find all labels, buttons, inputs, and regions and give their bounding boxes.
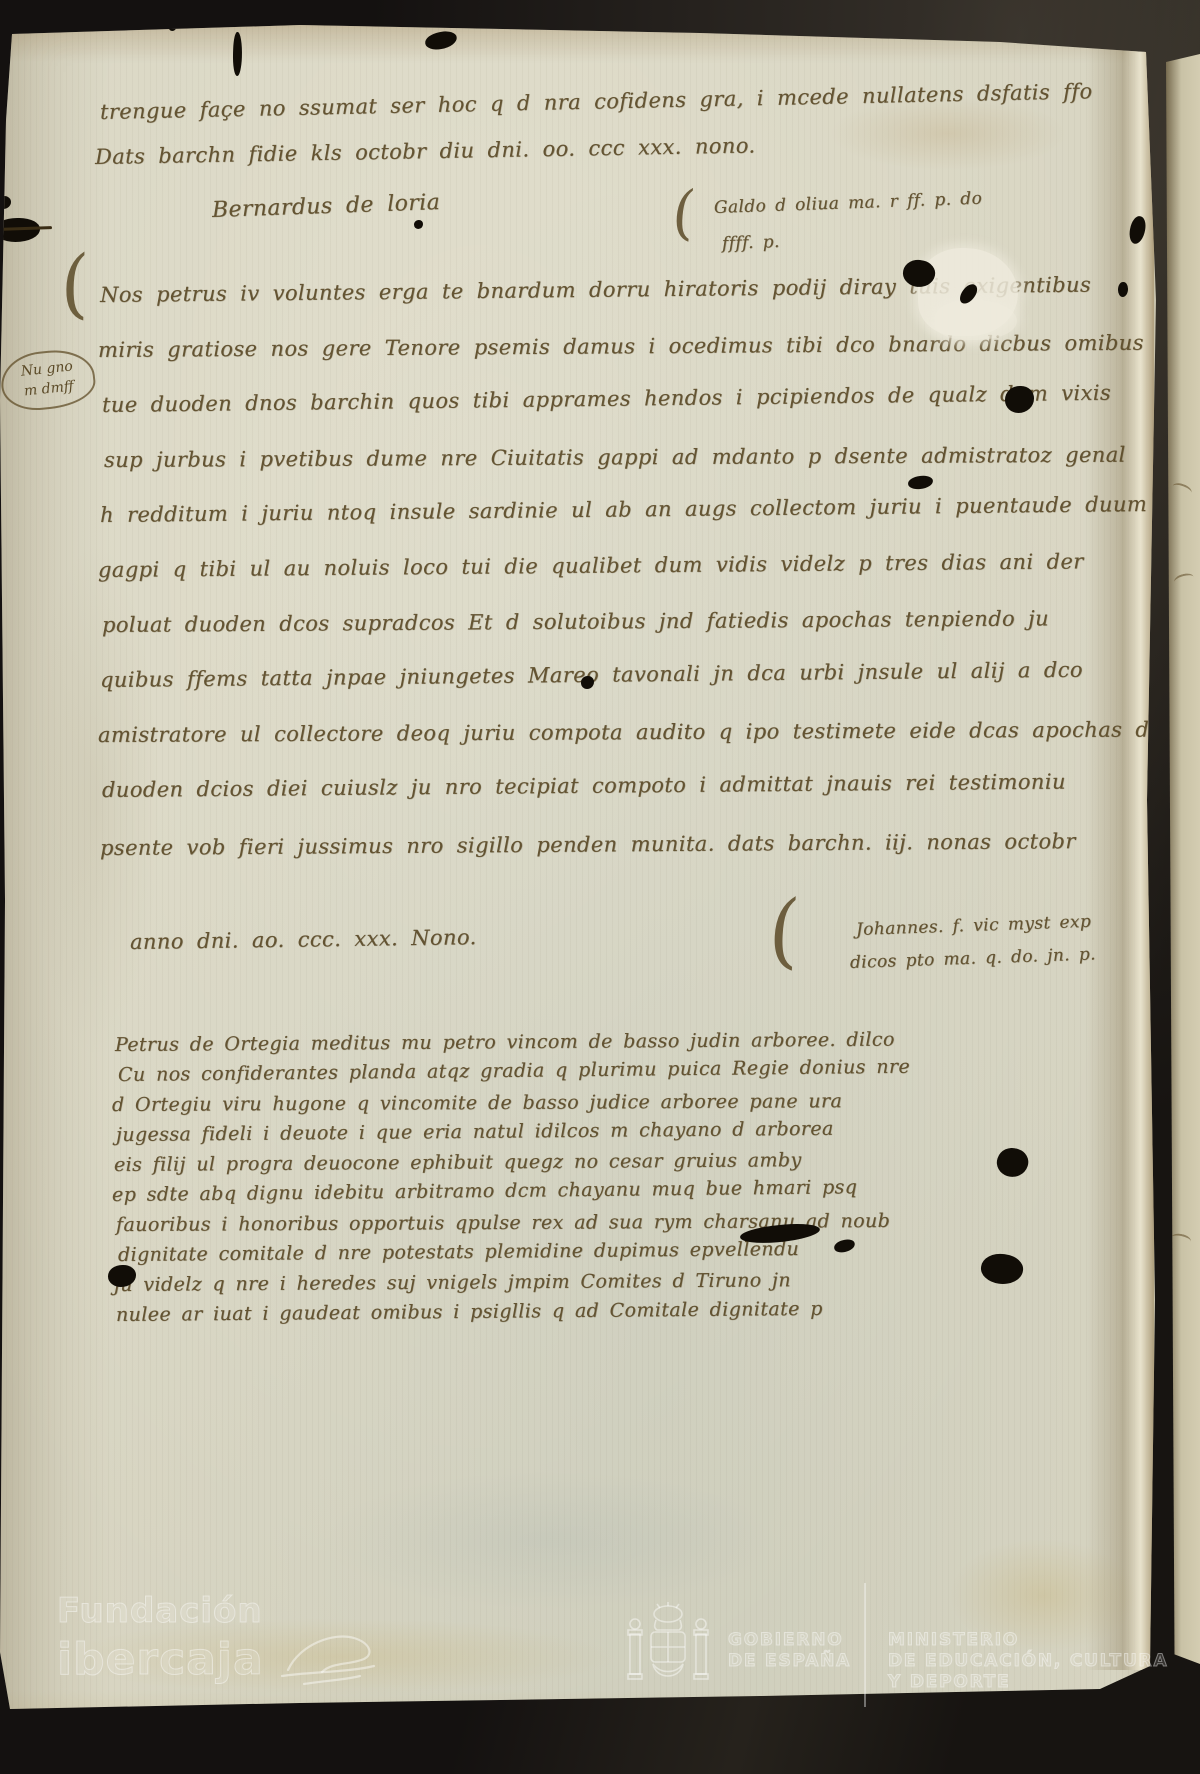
manuscript-line: sup jurbus i pvetibus dume nre Ciuitatis… bbox=[104, 445, 1126, 471]
gobierno-line2: DE ESPAÑA bbox=[728, 1651, 851, 1672]
chancery-note-line: ffff. p. bbox=[722, 234, 780, 253]
bleedthrough-mark bbox=[1173, 572, 1195, 588]
manuscript-line: ju videlz q nre i heredes suj vnigels jm… bbox=[114, 1271, 791, 1295]
manuscript-line: d Ortegiu viru hugone q vincomite de bas… bbox=[112, 1092, 842, 1115]
watermark-divider bbox=[864, 1583, 866, 1707]
bleedthrough-mark bbox=[1171, 481, 1194, 498]
gobierno-watermark: GOBIERNO DE ESPAÑA bbox=[728, 1630, 851, 1672]
ibercaja-watermark-line2: ibercaja bbox=[57, 1638, 264, 1682]
bracket-glyph: ( bbox=[670, 189, 697, 238]
spain-coat-of-arms-icon bbox=[624, 1600, 712, 1694]
ministerio-watermark: MINISTERIO DE EDUCACIÓN, CULTURA Y DEPOR… bbox=[888, 1630, 1168, 1693]
manuscript-photo: trengue façe no ssumat ser hoc q d nra c… bbox=[0, 0, 1200, 1774]
manuscript-line: amistratore ul collectore deoq juriu com… bbox=[98, 719, 1186, 746]
manuscript-page: trengue façe no ssumat ser hoc q d nra c… bbox=[0, 0, 1200, 1774]
manuscript-line: eis filij ul progra deuocone ephibuit qu… bbox=[114, 1151, 802, 1175]
ibercaja-watermark-line1: Fundación bbox=[57, 1594, 263, 1628]
adjacent-page-edge bbox=[1166, 54, 1200, 1664]
stain bbox=[320, 1470, 780, 1610]
manuscript-date-line: anno dni. ao. ccc. xxx. Nono. bbox=[130, 927, 477, 953]
ministerio-line2: DE EDUCACIÓN, CULTURA bbox=[888, 1651, 1168, 1672]
paper-repair-patch bbox=[935, 300, 1017, 340]
manuscript-line: Petrus de Ortegia meditus mu petro vinco… bbox=[115, 1031, 895, 1055]
ministerio-line1: MINISTERIO bbox=[888, 1630, 1168, 1651]
ministerio-line3: Y DEPORTE bbox=[888, 1672, 1168, 1693]
gobierno-line1: GOBIERNO bbox=[728, 1630, 851, 1651]
bleedthrough-mark bbox=[1170, 1232, 1192, 1247]
ibercaja-swan-logo-icon bbox=[278, 1626, 378, 1692]
